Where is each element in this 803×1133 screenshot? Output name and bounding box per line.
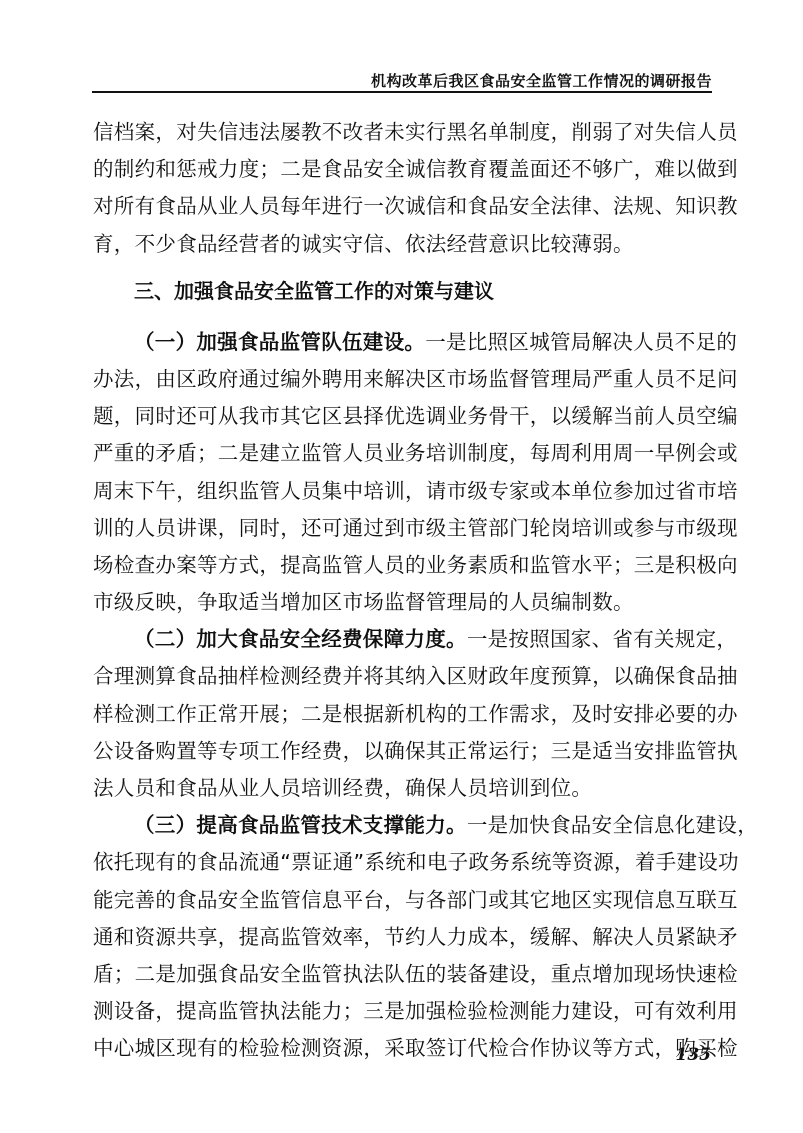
text-line: 依托现有的食品流通“票证通”系统和电子政务系统等资源，着手建设功 <box>93 844 713 881</box>
text-line: 办法，由区政府通过编外聘用来解决区市场监督管理局严重人员不足问 <box>93 361 713 398</box>
text-line: 法人员和食品从业人员培训经费，确保人员培训到位。 <box>93 770 713 807</box>
text-line: 测设备，提高监管执法能力；三是加强检验检测能力建设，可有效利用 <box>93 993 713 1030</box>
text-line: 市级反映，争取适当增加区市场监督管理局的人员编制数。 <box>93 584 713 621</box>
paragraph-text: 一是比照区城管局解决人员不足的 <box>425 330 737 354</box>
text-line: 合理测算食品抽样检测经费并将其纳入区财政年度预算，以确保食品抽 <box>93 658 713 695</box>
paragraph-text: 一是按照国家、省有关规定， <box>467 627 737 651</box>
paragraph-funding: （二）加大食品安全经费保障力度。一是按照国家、省有关规定， 合理测算食品抽样检测… <box>93 621 713 807</box>
text-line: 通和资源共享，提高监管效率，节约人力成本，缓解、解决人员紧缺矛 <box>93 919 713 956</box>
text-line: 严重的矛盾；二是建立监管人员业务培训制度，每周利用周一早例会或 <box>93 435 713 472</box>
paragraph-lead: （二）加大食品安全经费保障力度。 <box>134 627 467 651</box>
text-line: 题，同时还可从我市其它区县择优选调业务骨干，以缓解当前人员空编 <box>93 398 713 435</box>
section-heading: 三、加强食品安全监管工作的对策与建议 <box>93 273 713 310</box>
text-line: （一）加强食品监管队伍建设。一是比照区城管局解决人员不足的 <box>93 324 713 361</box>
paragraph-team-building: （一）加强食品监管队伍建设。一是比照区城管局解决人员不足的 办法，由区政府通过编… <box>93 324 713 622</box>
text-line: 样检测工作正常开展；二是根据新机构的工作需求，及时安排必要的办 <box>93 696 713 733</box>
text-line: 对所有食品从业人员每年进行一次诚信和食品安全法律、法规、知识教 <box>93 188 713 225</box>
text-line: 的制约和惩戒力度；二是食品安全诚信教育覆盖面还不够广，难以做到 <box>93 151 713 188</box>
text-line: 训的人员讲课，同时，还可通过到市级主管部门轮岗培训或参与市级现 <box>93 510 713 547</box>
text-line: （三）提高食品监管技术支撑能力。一是加快食品安全信息化建设， <box>93 807 713 844</box>
text-line: 盾；二是加强食品安全监管执法队伍的装备建设，重点增加现场快速检 <box>93 956 713 993</box>
paragraph-lead: （三）提高食品监管技术支撑能力。 <box>134 813 467 837</box>
text-line: 中心城区现有的检验检测资源，采取签订代检合作协议等方式，购买检 <box>93 1030 713 1067</box>
paragraph-continuation: 信档案，对失信违法屡教不改者未实行黑名单制度，削弱了对失信人员 的制约和惩戒力度… <box>93 114 713 263</box>
text-line: （二）加大食品安全经费保障力度。一是按照国家、省有关规定， <box>93 621 713 658</box>
text-line: 场检查办案等方式，提高监管人员的业务素质和监管水平；三是积极向 <box>93 547 713 584</box>
text-line: 育，不少食品经营者的诚实守信、依法经营意识比较薄弱。 <box>93 226 713 263</box>
paragraph-tech-support: （三）提高食品监管技术支撑能力。一是加快食品安全信息化建设， 依托现有的食品流通… <box>93 807 713 1067</box>
text-line: 能完善的食品安全监管信息平台，与各部门或其它地区实现信息互联互 <box>93 882 713 919</box>
running-header-title: 机构改革后我区食品安全监管工作情况的调研报告 <box>371 70 712 91</box>
page-number: 135 <box>676 1045 712 1065</box>
page-body: 信档案，对失信违法屡教不改者未实行黑名单制度，削弱了对失信人员 的制约和惩戒力度… <box>93 114 713 1068</box>
paragraph-text: 一是加快食品安全信息化建设， <box>467 813 758 837</box>
header-rule <box>92 91 712 93</box>
text-line: 公设备购置等专项工作经费，以确保其正常运行；三是适当安排监管执 <box>93 733 713 770</box>
paragraph-lead: （一）加强食品监管队伍建设。 <box>134 330 425 354</box>
text-line: 周末下午，组织监管人员集中培训，请市级专家或本单位参加过省市培 <box>93 473 713 510</box>
text-line: 信档案，对失信违法屡教不改者未实行黑名单制度，削弱了对失信人员 <box>93 114 713 151</box>
